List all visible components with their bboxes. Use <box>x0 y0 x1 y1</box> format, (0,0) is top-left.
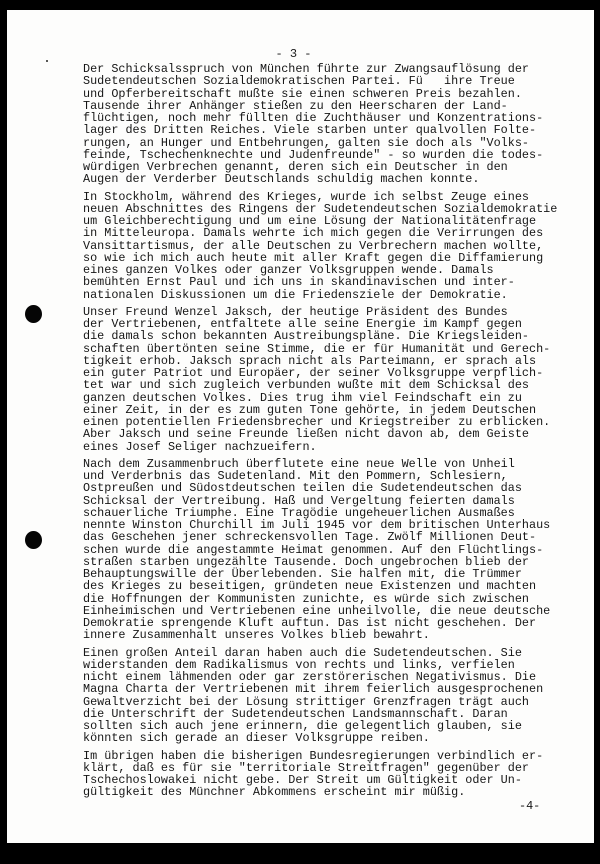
document-body: Der Schicksalsspruch von München führte … <box>83 63 583 804</box>
text-line: nationalen Diskussionen um die Friedensz… <box>83 289 583 301</box>
document-page: - 3 - Der Schicksalsspruch von München f… <box>7 10 594 843</box>
text-line: das Geschehen jener schreckensvollen Tag… <box>83 531 583 543</box>
paragraph: Nach dem Zusammenbruch überflutete eine … <box>83 458 583 642</box>
paragraph: In Stockholm, während des Krieges, wurde… <box>83 191 583 301</box>
paragraph: Im übrigen haben die bisherigen Bundesre… <box>83 750 583 799</box>
text-line: Augen der Verderber Deutschlands schuldi… <box>83 173 583 185</box>
page-number: - 3 - <box>0 47 587 61</box>
text-line: innere Zusammenhalt unseres Volkes blieb… <box>83 629 583 641</box>
paragraph: Einen großen Anteil daran haben auch die… <box>83 647 583 745</box>
text-line: und Opferbereitschaft mußte sie einen sc… <box>83 88 583 100</box>
text-line: Aber Jaksch und seine Freunde ließen nic… <box>83 428 583 440</box>
text-line: gültigkeit des Münchner Abkommens ersche… <box>83 786 583 798</box>
text-line: lager des Dritten Reiches. Viele starben… <box>83 124 583 136</box>
next-page-marker: -4- <box>519 799 540 813</box>
paragraph: Der Schicksalsspruch von München führte … <box>83 63 583 186</box>
text-line: eines Josef Seliger nachzueifern. <box>83 441 583 453</box>
text-line: könnten sich gerade an dieser Volksgrupp… <box>83 732 583 744</box>
paragraph: Unser Freund Wenzel Jaksch, der heutige … <box>83 306 583 453</box>
text-line: Ostpreußen und Südostdeutschen teilen di… <box>83 482 583 494</box>
text-line: ganzen deutschen Volkes. Dies trug ihm v… <box>83 392 583 404</box>
text-line: Einen großen Anteil daran haben auch die… <box>83 647 583 659</box>
text-line: rungen, an Hunger und Entbehrungen, galt… <box>83 137 583 149</box>
text-line: In Stockholm, während des Krieges, wurde… <box>83 191 583 203</box>
text-line: Gewaltverzicht bei der Lösung strittiger… <box>83 696 583 708</box>
text-line: bemühten Ernst Paul und ich uns in skand… <box>83 276 583 288</box>
text-line: die damals schon bekannten Austreibungsp… <box>83 330 583 342</box>
punch-hole-icon <box>25 531 42 549</box>
text-line: tet war und sich zugleich verbunden wußt… <box>83 379 583 391</box>
text-line: des Krieges zu beseitigen, gründeten neu… <box>83 580 583 592</box>
text-line: in Mitteleuropa. Damals wehrte ich mich … <box>83 227 583 239</box>
text-line: Vansittartismus, der alle Deutschen zu V… <box>83 240 583 252</box>
text-line: Magna Charta der Vertriebenen mit ihrem … <box>83 683 583 695</box>
text-line: die Hoffnungen der Kommunisten zunichte,… <box>83 593 583 605</box>
text-line: Sudetendeutschen Sozialdemokratischen Pa… <box>83 75 583 87</box>
text-line: schen wurde die angestammte Heimat genom… <box>83 544 583 556</box>
punch-hole-icon <box>25 305 42 323</box>
text-line: Im übrigen haben die bisherigen Bundesre… <box>83 750 583 762</box>
text-line: schaften übertönten seine Stimme, die er… <box>83 343 583 355</box>
text-line: Schicksal der Vertreibung. Haß und Verge… <box>83 495 583 507</box>
